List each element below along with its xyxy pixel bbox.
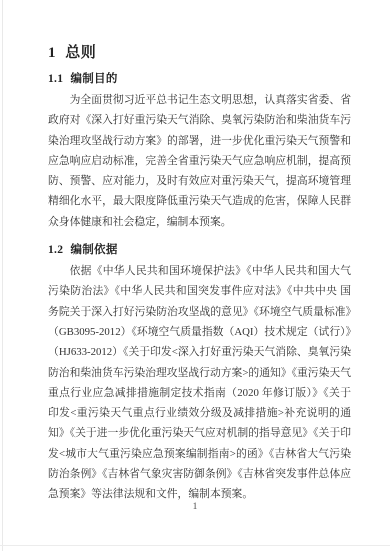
page-title: 1 总则 — [48, 45, 351, 61]
document-page: 1 总则 1.1 编制目的 为全面贯彻习近平总书记生态文明思想，认真落实省委、省… — [0, 0, 390, 551]
page-edge-line-left — [2, 0, 3, 551]
section-paragraph-editing-purpose: 为全面贯彻习近平总书记生态文明思想，认真落实省委、省政府对《深入打好重污染天气消… — [48, 90, 351, 232]
section-heading-editing-purpose: 1.1 编制目的 — [48, 72, 351, 86]
page-number: 1 — [0, 502, 390, 512]
section-paragraph-editing-basis: 依据《中华人民共和国环境保护法》《中华人民共和国大气污染防治法》《中华人民共和国… — [48, 261, 351, 505]
section-heading-editing-basis: 1.2 编制依据 — [48, 243, 351, 257]
page-edge-line-bottom — [0, 545, 390, 546]
document-content: 1 总则 1.1 编制目的 为全面贯彻习近平总书记生态文明思想，认真落实省委、省… — [48, 45, 351, 505]
